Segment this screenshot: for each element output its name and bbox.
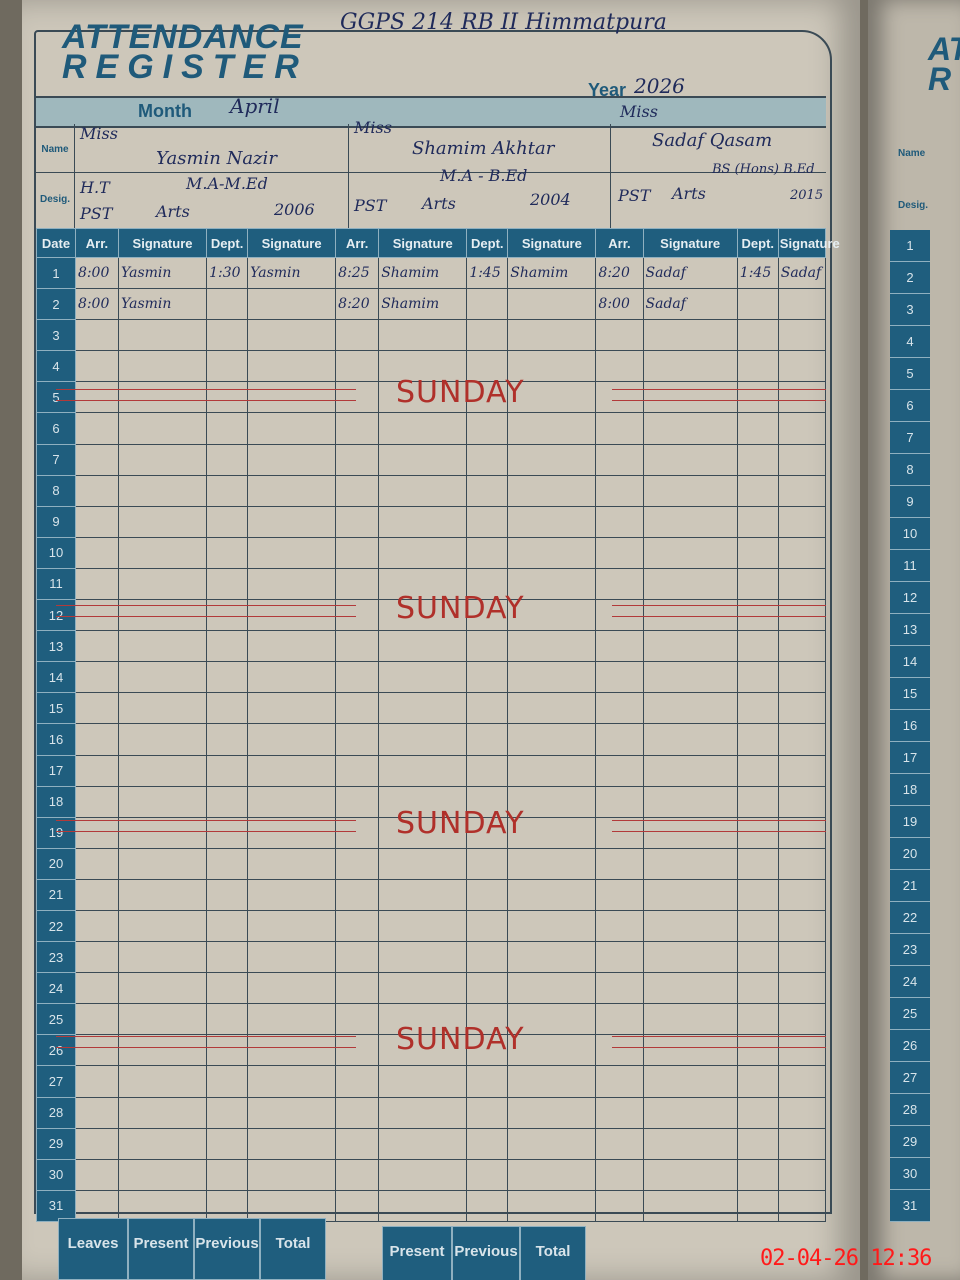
entry-cell[interactable]	[596, 1097, 643, 1128]
entry-cell[interactable]	[596, 475, 643, 506]
entry-cell[interactable]	[75, 693, 118, 724]
entry-cell[interactable]	[596, 786, 643, 817]
entry-cell[interactable]	[248, 1128, 336, 1159]
entry-cell[interactable]	[508, 444, 596, 475]
entry-cell[interactable]: 8:25	[336, 258, 379, 289]
entry-cell[interactable]	[336, 1128, 379, 1159]
entry-cell[interactable]	[596, 1159, 643, 1190]
entry-cell[interactable]	[596, 662, 643, 693]
entry-cell[interactable]	[248, 693, 336, 724]
entry-cell[interactable]	[118, 662, 206, 693]
entry-cell[interactable]	[508, 537, 596, 568]
entry-cell[interactable]	[207, 724, 248, 755]
entry-cell[interactable]: Sadaf	[643, 258, 737, 289]
entry-cell[interactable]	[467, 1097, 508, 1128]
entry-cell[interactable]	[467, 413, 508, 444]
entry-cell[interactable]	[778, 879, 825, 910]
entry-cell[interactable]	[336, 848, 379, 879]
entry-cell[interactable]: Shamim	[379, 289, 467, 320]
entry-cell[interactable]	[778, 662, 825, 693]
entry-cell[interactable]	[467, 631, 508, 662]
entry-cell[interactable]	[467, 910, 508, 941]
entry-cell[interactable]	[508, 724, 596, 755]
entry-cell[interactable]	[643, 537, 737, 568]
entry-cell[interactable]	[467, 942, 508, 973]
entry-cell[interactable]	[778, 973, 825, 1004]
entry-cell[interactable]	[207, 848, 248, 879]
entry-cell[interactable]	[737, 786, 778, 817]
entry-cell[interactable]	[336, 724, 379, 755]
entry-cell[interactable]	[75, 537, 118, 568]
entry-cell[interactable]	[643, 879, 737, 910]
entry-cell[interactable]	[248, 444, 336, 475]
entry-cell[interactable]	[508, 693, 596, 724]
entry-cell[interactable]	[596, 724, 643, 755]
entry-cell[interactable]	[737, 693, 778, 724]
entry-cell[interactable]	[778, 289, 825, 320]
entry-cell[interactable]	[379, 1066, 467, 1097]
entry-cell[interactable]	[75, 1066, 118, 1097]
entry-cell[interactable]	[118, 693, 206, 724]
entry-cell[interactable]	[207, 320, 248, 351]
entry-cell[interactable]	[75, 1190, 118, 1221]
entry-cell[interactable]	[737, 662, 778, 693]
entry-cell[interactable]	[643, 475, 737, 506]
entry-cell[interactable]	[467, 475, 508, 506]
entry-cell[interactable]	[596, 537, 643, 568]
entry-cell[interactable]	[778, 1190, 825, 1221]
entry-cell[interactable]	[737, 879, 778, 910]
entry-cell[interactable]	[737, 351, 778, 382]
entry-cell[interactable]	[248, 631, 336, 662]
entry-cell[interactable]	[336, 320, 379, 351]
entry-cell[interactable]	[207, 1066, 248, 1097]
entry-cell[interactable]	[778, 1066, 825, 1097]
entry-cell[interactable]	[336, 351, 379, 382]
entry-cell[interactable]	[778, 568, 825, 599]
entry-cell[interactable]	[248, 320, 336, 351]
entry-cell[interactable]	[508, 506, 596, 537]
entry-cell[interactable]	[737, 1004, 778, 1035]
entry-cell[interactable]	[207, 475, 248, 506]
entry-cell[interactable]	[207, 973, 248, 1004]
entry-cell[interactable]	[248, 506, 336, 537]
entry-cell[interactable]	[207, 910, 248, 941]
entry-cell[interactable]	[75, 662, 118, 693]
entry-cell[interactable]	[643, 973, 737, 1004]
entry-cell[interactable]: Yasmin	[118, 258, 206, 289]
entry-cell[interactable]	[207, 289, 248, 320]
entry-cell[interactable]	[248, 724, 336, 755]
entry-cell[interactable]	[596, 879, 643, 910]
entry-cell[interactable]	[118, 351, 206, 382]
entry-cell[interactable]	[336, 1159, 379, 1190]
entry-cell[interactable]	[467, 320, 508, 351]
entry-cell[interactable]	[379, 506, 467, 537]
entry-cell[interactable]	[75, 475, 118, 506]
entry-cell[interactable]	[336, 662, 379, 693]
entry-cell[interactable]	[778, 351, 825, 382]
entry-cell[interactable]	[778, 755, 825, 786]
entry-cell[interactable]: Sadaf	[643, 289, 737, 320]
entry-cell[interactable]	[643, 320, 737, 351]
entry-cell[interactable]	[643, 1159, 737, 1190]
entry-cell[interactable]	[467, 289, 508, 320]
entry-cell[interactable]	[508, 1190, 596, 1221]
entry-cell[interactable]	[379, 910, 467, 941]
entry-cell[interactable]	[508, 848, 596, 879]
entry-cell[interactable]	[207, 444, 248, 475]
entry-cell[interactable]	[778, 631, 825, 662]
entry-cell[interactable]	[467, 1066, 508, 1097]
entry-cell[interactable]	[778, 475, 825, 506]
entry-cell[interactable]	[596, 351, 643, 382]
entry-cell[interactable]	[75, 351, 118, 382]
entry-cell[interactable]	[118, 475, 206, 506]
entry-cell[interactable]	[596, 631, 643, 662]
entry-cell[interactable]	[467, 879, 508, 910]
entry-cell[interactable]	[336, 755, 379, 786]
entry-cell[interactable]: Yasmin	[248, 258, 336, 289]
entry-cell[interactable]	[467, 662, 508, 693]
entry-cell[interactable]	[737, 942, 778, 973]
entry-cell[interactable]	[643, 1097, 737, 1128]
entry-cell[interactable]	[643, 693, 737, 724]
entry-cell[interactable]	[207, 537, 248, 568]
entry-cell[interactable]	[508, 879, 596, 910]
entry-cell[interactable]	[778, 786, 825, 817]
entry-cell[interactable]	[379, 848, 467, 879]
entry-cell[interactable]	[596, 942, 643, 973]
entry-cell[interactable]	[207, 351, 248, 382]
entry-cell[interactable]	[467, 724, 508, 755]
entry-cell[interactable]	[643, 662, 737, 693]
entry-cell[interactable]	[336, 1066, 379, 1097]
entry-cell[interactable]	[75, 1159, 118, 1190]
entry-cell[interactable]	[778, 1159, 825, 1190]
entry-cell[interactable]	[75, 1004, 118, 1035]
entry-cell[interactable]	[596, 506, 643, 537]
entry-cell[interactable]	[467, 1190, 508, 1221]
entry-cell[interactable]	[248, 568, 336, 599]
entry-cell[interactable]	[336, 506, 379, 537]
entry-cell[interactable]	[379, 724, 467, 755]
entry-cell[interactable]	[508, 631, 596, 662]
entry-cell[interactable]	[737, 1190, 778, 1221]
entry-cell[interactable]	[379, 631, 467, 662]
entry-cell[interactable]	[336, 413, 379, 444]
entry-cell[interactable]	[207, 1004, 248, 1035]
entry-cell[interactable]	[75, 506, 118, 537]
entry-cell[interactable]	[467, 848, 508, 879]
entry-cell[interactable]	[379, 1128, 467, 1159]
entry-cell[interactable]	[248, 475, 336, 506]
entry-cell[interactable]	[596, 848, 643, 879]
entry-cell[interactable]	[467, 1159, 508, 1190]
entry-cell[interactable]	[508, 755, 596, 786]
entry-cell[interactable]	[336, 568, 379, 599]
entry-cell[interactable]	[207, 1190, 248, 1221]
entry-cell[interactable]	[778, 1097, 825, 1128]
entry-cell[interactable]: 8:20	[596, 258, 643, 289]
entry-cell[interactable]	[737, 973, 778, 1004]
entry-cell[interactable]	[248, 662, 336, 693]
entry-cell[interactable]	[118, 1004, 206, 1035]
entry-cell[interactable]	[643, 786, 737, 817]
entry-cell[interactable]	[248, 973, 336, 1004]
entry-cell[interactable]	[778, 320, 825, 351]
entry-cell[interactable]: 8:00	[75, 289, 118, 320]
entry-cell[interactable]	[737, 1128, 778, 1159]
entry-cell[interactable]	[596, 413, 643, 444]
entry-cell[interactable]	[248, 848, 336, 879]
entry-cell[interactable]	[75, 568, 118, 599]
entry-cell[interactable]	[75, 1128, 118, 1159]
entry-cell[interactable]	[379, 1190, 467, 1221]
entry-cell[interactable]	[75, 879, 118, 910]
entry-cell[interactable]	[778, 1128, 825, 1159]
entry-cell[interactable]	[336, 910, 379, 941]
entry-cell[interactable]	[508, 973, 596, 1004]
entry-cell[interactable]	[207, 506, 248, 537]
entry-cell[interactable]	[467, 444, 508, 475]
entry-cell[interactable]	[737, 568, 778, 599]
entry-cell[interactable]	[75, 631, 118, 662]
entry-cell[interactable]	[207, 786, 248, 817]
entry-cell[interactable]	[508, 662, 596, 693]
entry-cell[interactable]	[778, 693, 825, 724]
entry-cell[interactable]	[737, 289, 778, 320]
entry-cell[interactable]	[118, 755, 206, 786]
entry-cell[interactable]	[118, 413, 206, 444]
entry-cell[interactable]	[118, 444, 206, 475]
entry-cell[interactable]: 8:20	[336, 289, 379, 320]
entry-cell[interactable]	[248, 1066, 336, 1097]
entry-cell[interactable]	[508, 1066, 596, 1097]
entry-cell[interactable]	[336, 631, 379, 662]
entry-cell[interactable]	[248, 537, 336, 568]
entry-cell[interactable]: 1:45	[737, 258, 778, 289]
entry-cell[interactable]	[508, 413, 596, 444]
entry-cell[interactable]	[737, 320, 778, 351]
entry-cell[interactable]	[336, 537, 379, 568]
entry-cell[interactable]	[737, 444, 778, 475]
entry-cell[interactable]	[248, 755, 336, 786]
entry-cell[interactable]	[248, 413, 336, 444]
entry-cell[interactable]	[737, 1097, 778, 1128]
entry-cell[interactable]	[118, 506, 206, 537]
entry-cell[interactable]	[737, 848, 778, 879]
entry-cell[interactable]	[643, 1066, 737, 1097]
entry-cell[interactable]	[248, 289, 336, 320]
entry-cell[interactable]	[596, 1004, 643, 1035]
entry-cell[interactable]	[118, 848, 206, 879]
entry-cell[interactable]	[596, 1066, 643, 1097]
entry-cell[interactable]	[467, 1128, 508, 1159]
entry-cell[interactable]	[248, 1004, 336, 1035]
entry-cell[interactable]	[379, 1159, 467, 1190]
entry-cell[interactable]	[596, 755, 643, 786]
entry-cell[interactable]	[207, 879, 248, 910]
entry-cell[interactable]	[118, 910, 206, 941]
entry-cell[interactable]	[118, 724, 206, 755]
entry-cell[interactable]	[737, 413, 778, 444]
entry-cell[interactable]: 1:30	[207, 258, 248, 289]
entry-cell[interactable]	[596, 444, 643, 475]
entry-cell[interactable]	[207, 568, 248, 599]
entry-cell[interactable]	[207, 413, 248, 444]
entry-cell[interactable]	[508, 942, 596, 973]
entry-cell[interactable]	[75, 942, 118, 973]
entry-cell[interactable]	[737, 537, 778, 568]
entry-cell[interactable]	[508, 1128, 596, 1159]
entry-cell[interactable]	[643, 755, 737, 786]
entry-cell[interactable]	[75, 755, 118, 786]
entry-cell[interactable]	[118, 1066, 206, 1097]
entry-cell[interactable]	[75, 786, 118, 817]
entry-cell[interactable]	[467, 537, 508, 568]
entry-cell[interactable]	[75, 724, 118, 755]
entry-cell[interactable]	[75, 848, 118, 879]
entry-cell[interactable]: Yasmin	[118, 289, 206, 320]
entry-cell[interactable]	[379, 662, 467, 693]
entry-cell[interactable]	[737, 1159, 778, 1190]
entry-cell[interactable]	[207, 1097, 248, 1128]
entry-cell[interactable]	[248, 1097, 336, 1128]
entry-cell[interactable]	[207, 755, 248, 786]
entry-cell[interactable]	[379, 475, 467, 506]
entry-cell[interactable]	[118, 1128, 206, 1159]
entry-cell[interactable]	[118, 786, 206, 817]
entry-cell[interactable]	[118, 568, 206, 599]
entry-cell[interactable]	[643, 1004, 737, 1035]
entry-cell[interactable]	[379, 1097, 467, 1128]
entry-cell[interactable]	[336, 973, 379, 1004]
entry-cell[interactable]	[379, 942, 467, 973]
entry-cell[interactable]	[379, 755, 467, 786]
entry-cell[interactable]	[596, 693, 643, 724]
entry-cell[interactable]	[596, 910, 643, 941]
entry-cell[interactable]	[379, 537, 467, 568]
entry-cell[interactable]	[643, 848, 737, 879]
entry-cell[interactable]	[248, 879, 336, 910]
entry-cell[interactable]	[596, 320, 643, 351]
entry-cell[interactable]: 8:00	[596, 289, 643, 320]
entry-cell[interactable]	[118, 973, 206, 1004]
entry-cell[interactable]	[336, 693, 379, 724]
entry-cell[interactable]	[596, 1190, 643, 1221]
entry-cell[interactable]	[379, 973, 467, 1004]
entry-cell[interactable]	[508, 475, 596, 506]
entry-cell[interactable]	[778, 848, 825, 879]
entry-cell[interactable]	[778, 444, 825, 475]
entry-cell[interactable]	[379, 444, 467, 475]
entry-cell[interactable]	[336, 879, 379, 910]
entry-cell[interactable]	[643, 724, 737, 755]
entry-cell[interactable]	[379, 413, 467, 444]
entry-cell[interactable]	[643, 942, 737, 973]
entry-cell[interactable]	[643, 351, 737, 382]
entry-cell[interactable]	[467, 755, 508, 786]
entry-cell[interactable]	[248, 351, 336, 382]
entry-cell[interactable]	[336, 475, 379, 506]
entry-cell[interactable]	[248, 1190, 336, 1221]
entry-cell[interactable]	[643, 444, 737, 475]
entry-cell[interactable]	[643, 413, 737, 444]
entry-cell[interactable]	[596, 1128, 643, 1159]
entry-cell[interactable]	[467, 973, 508, 1004]
entry-cell[interactable]	[118, 537, 206, 568]
entry-cell[interactable]	[467, 506, 508, 537]
entry-cell[interactable]	[778, 413, 825, 444]
entry-cell[interactable]	[75, 320, 118, 351]
entry-cell[interactable]	[248, 786, 336, 817]
entry-cell[interactable]	[207, 1128, 248, 1159]
entry-cell[interactable]	[207, 693, 248, 724]
entry-cell[interactable]	[118, 942, 206, 973]
entry-cell[interactable]: Sadaf	[778, 258, 825, 289]
entry-cell[interactable]	[207, 662, 248, 693]
entry-cell[interactable]	[778, 537, 825, 568]
entry-cell[interactable]	[336, 1004, 379, 1035]
entry-cell[interactable]	[379, 879, 467, 910]
entry-cell[interactable]	[75, 910, 118, 941]
entry-cell[interactable]	[467, 693, 508, 724]
entry-cell[interactable]	[336, 786, 379, 817]
entry-cell[interactable]	[508, 1097, 596, 1128]
entry-cell[interactable]	[75, 413, 118, 444]
entry-cell[interactable]	[207, 942, 248, 973]
entry-cell[interactable]	[379, 320, 467, 351]
entry-cell[interactable]	[737, 755, 778, 786]
entry-cell[interactable]	[643, 506, 737, 537]
entry-cell[interactable]	[118, 1190, 206, 1221]
entry-cell[interactable]	[596, 568, 643, 599]
entry-cell[interactable]	[643, 1128, 737, 1159]
entry-cell[interactable]	[737, 631, 778, 662]
entry-cell[interactable]: Shamim	[379, 258, 467, 289]
entry-cell[interactable]	[778, 724, 825, 755]
entry-cell[interactable]	[508, 289, 596, 320]
entry-cell[interactable]	[737, 1066, 778, 1097]
entry-cell[interactable]	[596, 973, 643, 1004]
entry-cell[interactable]	[778, 506, 825, 537]
entry-cell[interactable]	[248, 1159, 336, 1190]
entry-cell[interactable]	[118, 879, 206, 910]
entry-cell[interactable]	[737, 475, 778, 506]
entry-cell[interactable]	[207, 631, 248, 662]
entry-cell[interactable]	[643, 568, 737, 599]
entry-cell[interactable]: 8:00	[75, 258, 118, 289]
entry-cell[interactable]	[643, 910, 737, 941]
entry-cell[interactable]	[118, 1097, 206, 1128]
entry-cell[interactable]	[336, 942, 379, 973]
entry-cell[interactable]	[643, 1190, 737, 1221]
entry-cell[interactable]	[336, 1097, 379, 1128]
entry-cell[interactable]: 1:45	[467, 258, 508, 289]
entry-cell[interactable]	[75, 444, 118, 475]
entry-cell[interactable]	[118, 1159, 206, 1190]
entry-cell[interactable]	[118, 320, 206, 351]
entry-cell[interactable]	[737, 506, 778, 537]
entry-cell[interactable]	[336, 444, 379, 475]
entry-cell[interactable]	[508, 1159, 596, 1190]
entry-cell[interactable]	[778, 942, 825, 973]
entry-cell[interactable]	[75, 1097, 118, 1128]
entry-cell[interactable]	[778, 910, 825, 941]
entry-cell[interactable]	[207, 1159, 248, 1190]
entry-cell[interactable]	[737, 910, 778, 941]
